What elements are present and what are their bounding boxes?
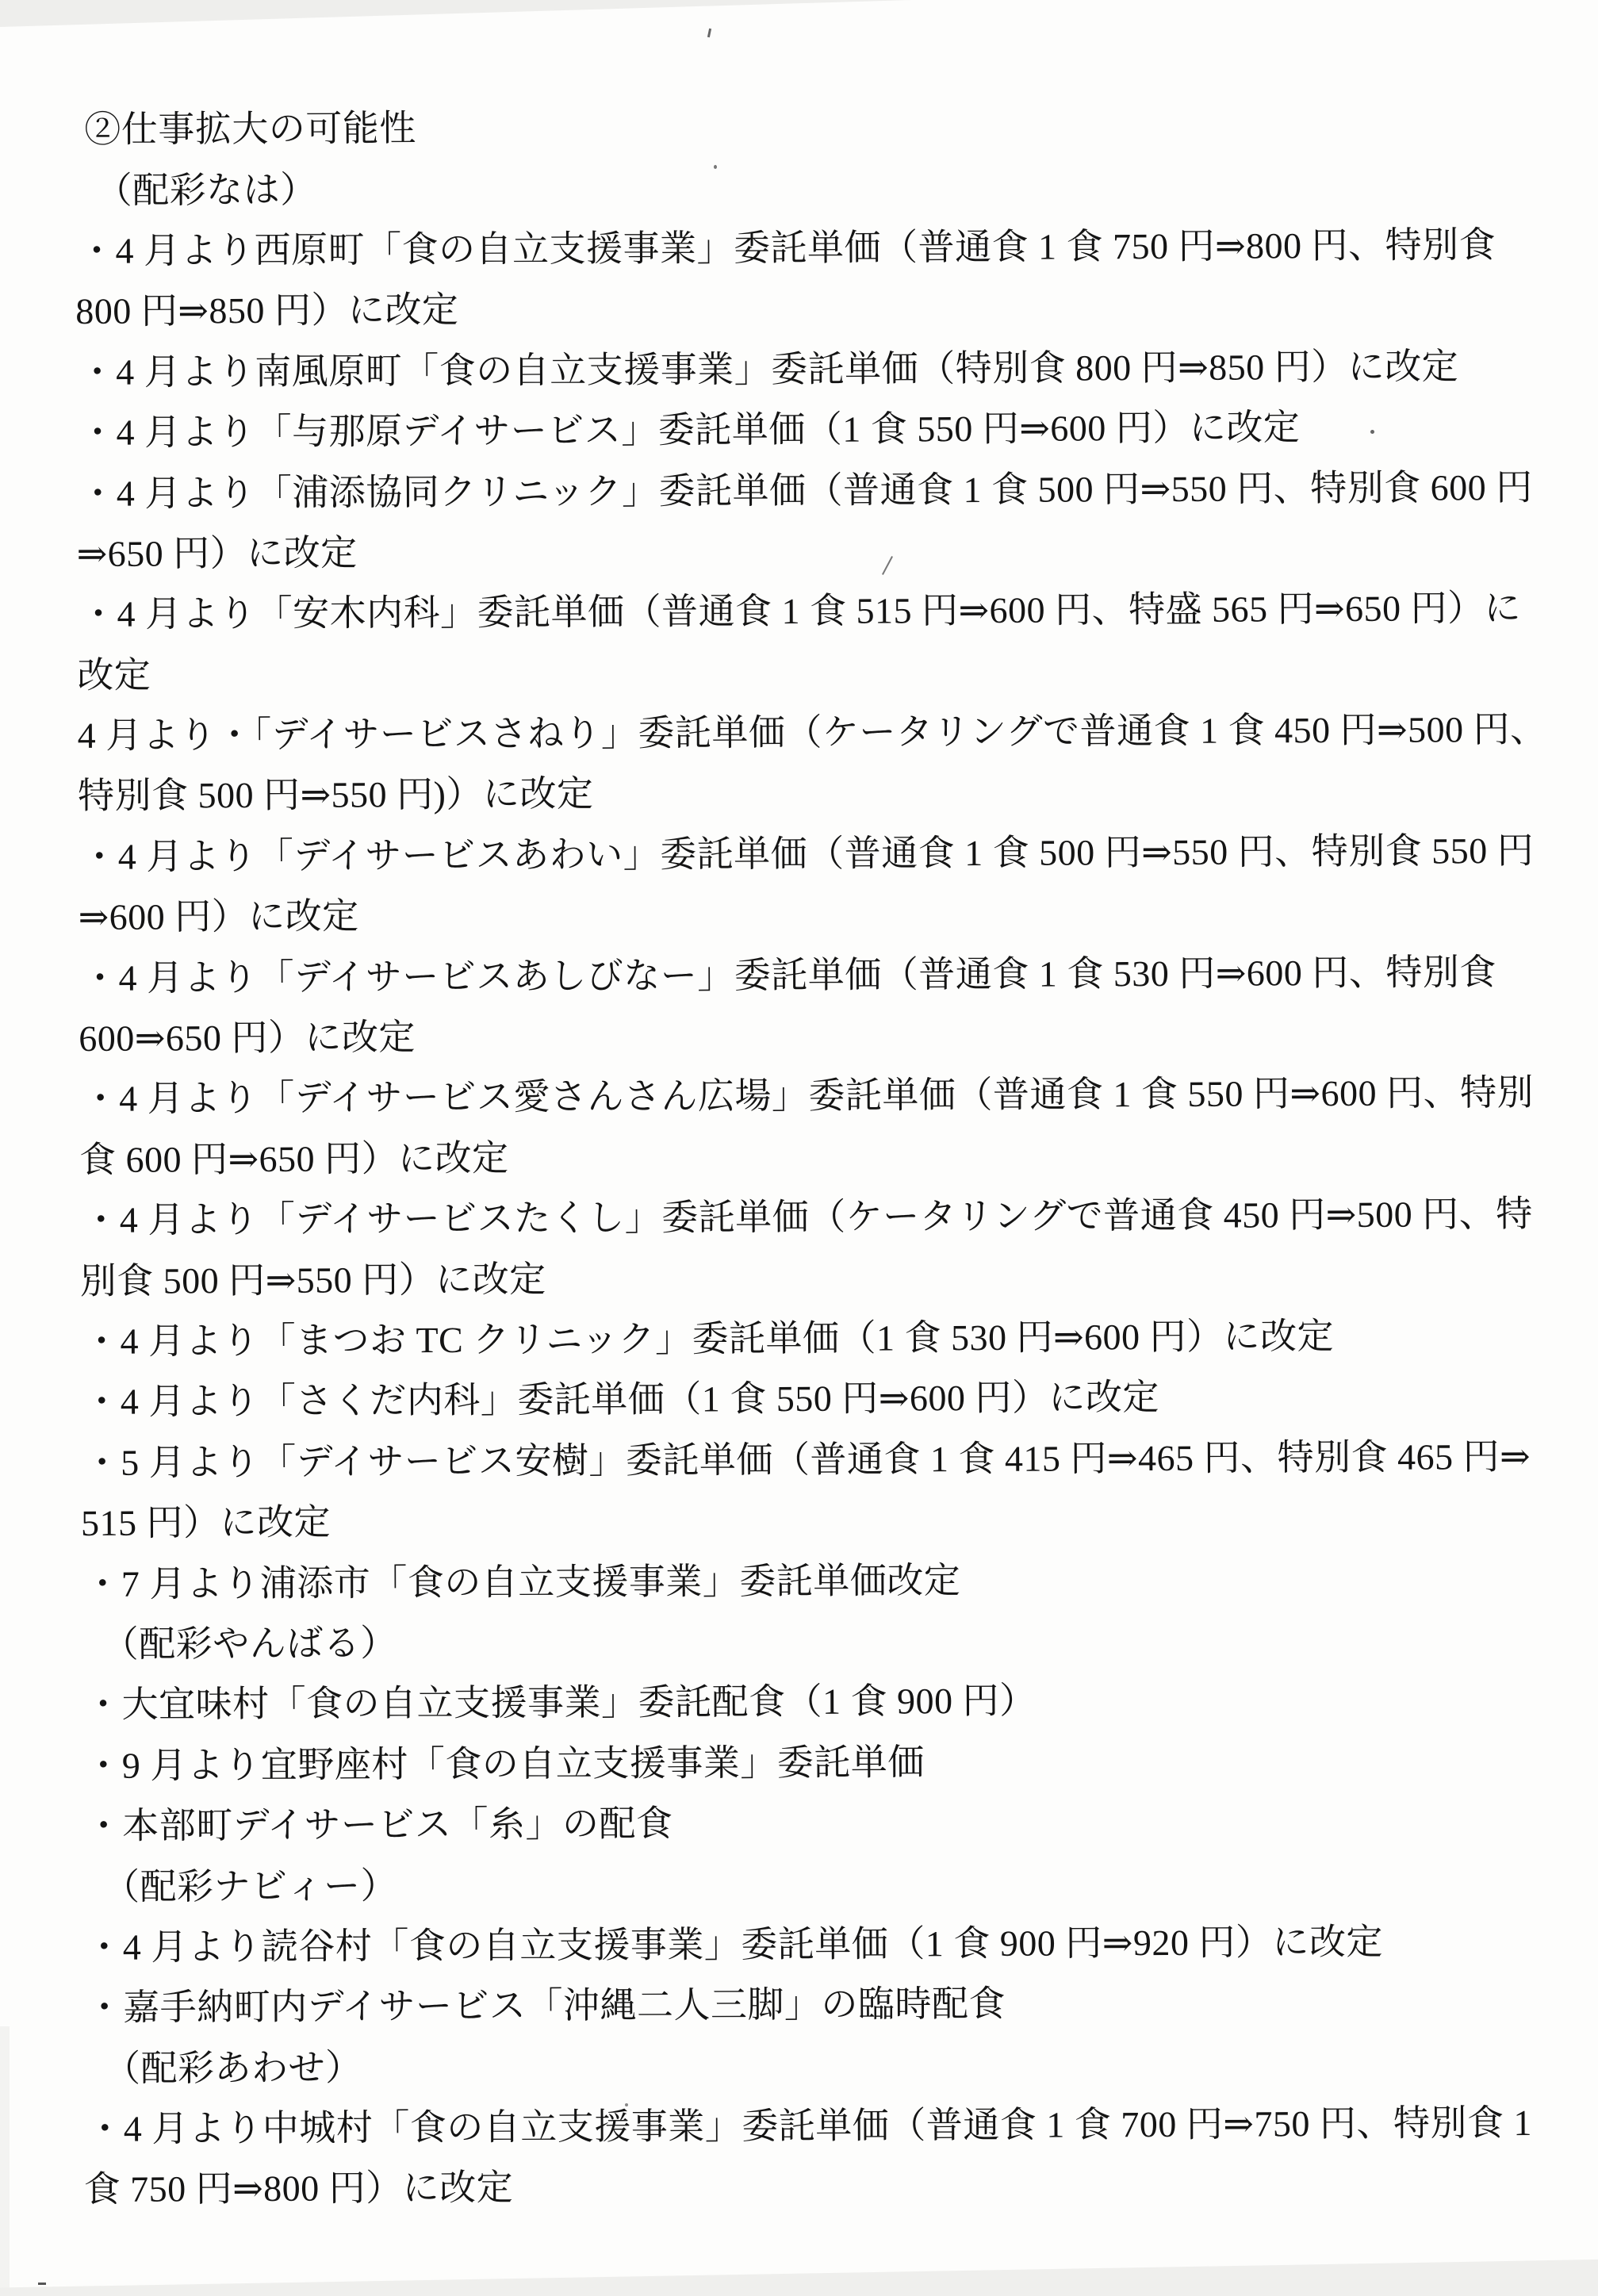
group-label: （配彩あわせ） [4,2029,1598,2096]
text-line: 800 円⇒850 円）に改定 [0,272,1594,339]
text-line: ・4 月より南風原町「食の自立支援事業」委託単価（特別食 800 円⇒850 円… [0,332,1595,400]
text-line: ・4 月より「デイサービスたくし」委託単価（ケータリングで普通食 450 円⇒5… [0,1181,1598,1248]
text-line: ・5 月より「デイサービス安樹」委託単価（普通食 1 食 415 円⇒465 円… [2,1423,1598,1490]
text-line: ・9 月より宜野座村「食の自立支援事業」委託単価 [2,1726,1598,1793]
text-line: 改定 [0,635,1596,703]
text-line: ・4 月より「さくだ内科」委託単価（1 食 550 円⇒600 円）に改定 [1,1363,1598,1430]
text-line: 515 円）に改定 [2,1484,1598,1551]
text-line: ・4 月より「安木内科」委託単価（普通食 1 食 515 円⇒600 円、特盛 … [0,575,1596,642]
scan-edge-bottom [0,2258,1598,2296]
text-line: ・嘉手納町内デイサービス「沖縄二人三脚」の臨時配食 [4,1968,1598,2036]
group-label: （配彩なは） [0,151,1594,218]
group-label: （配彩やんばる） [2,1604,1598,1672]
text-line: ・4 月より「デイサービスあわい」委託単価（普通食 1 食 500 円⇒550 … [0,817,1596,884]
text-line: ・4 月より西原町「食の自立支援事業」委託単価（普通食 1 食 750 円⇒80… [0,211,1594,278]
text-line: 食 600 円⇒650 円）に改定 [0,1120,1598,1187]
text-line: 別食 500 円⇒550 円）に改定 [1,1241,1598,1309]
text-line: ・4 月より読谷村「食の自立支援事業」委託単価（1 食 900 円⇒920 円）… [3,1907,1598,1975]
text-line: 4 月より・「デイサービスさねり」委託単価（ケータリングで普通食 1 食 450… [0,696,1596,764]
scan-edge-top [0,0,912,27]
text-line: ・4 月より中城村「食の自立支援事業」委託単価（普通食 1 食 700 円⇒75… [4,2089,1598,2156]
scan-speck [707,29,711,37]
text-line: 600⇒650 円）に改定 [0,999,1597,1066]
text-line: ・4 月より「浦添協同クリニック」委託単価（普通食 1 食 500 円⇒550 … [0,454,1595,521]
text-line: ・本部町デイサービス「糸」の配食 [3,1787,1598,1854]
scan-speck [38,2283,46,2285]
section-heading: ②仕事拡大の可能性 [0,90,1593,158]
text-line: ⇒650 円）に改定 [0,514,1596,581]
text-line: ・大宜味村「食の自立支援事業」委託配食（1 食 900 円） [2,1665,1598,1733]
text-line: ・4 月より「デイサービス愛さんさん広場」委託単価（普通食 1 食 550 円⇒… [0,1060,1598,1127]
text-line: 食 750 円⇒800 円）に改定 [5,2150,1598,2217]
text-line: ・7 月より浦添市「食の自立支援事業」委託単価改定 [2,1544,1598,1612]
text-line: ・4 月より「与那原デイサービス」委託単価（1 食 550 円⇒600 円）に改… [0,393,1595,461]
text-line: 特別食 500 円⇒550 円)）に改定 [0,757,1596,824]
text-line: ⇒600 円）に改定 [0,878,1597,945]
group-label: （配彩ナビィー） [3,1847,1598,1915]
scanned-page: ②仕事拡大の可能性 （配彩なは） ・4 月より西原町「食の自立支援事業」委託単価… [0,0,1598,2296]
text-line: ・4 月より「まつお TC クリニック」委託単価（1 食 530 円⇒600 円… [1,1301,1598,1369]
text-line: ・4 月より「デイサービスあしびなー」委託単価（普通食 1 食 530 円⇒60… [0,938,1597,1006]
document-body: ②仕事拡大の可能性 （配彩なは） ・4 月より西原町「食の自立支援事業」委託単価… [0,90,1598,2217]
